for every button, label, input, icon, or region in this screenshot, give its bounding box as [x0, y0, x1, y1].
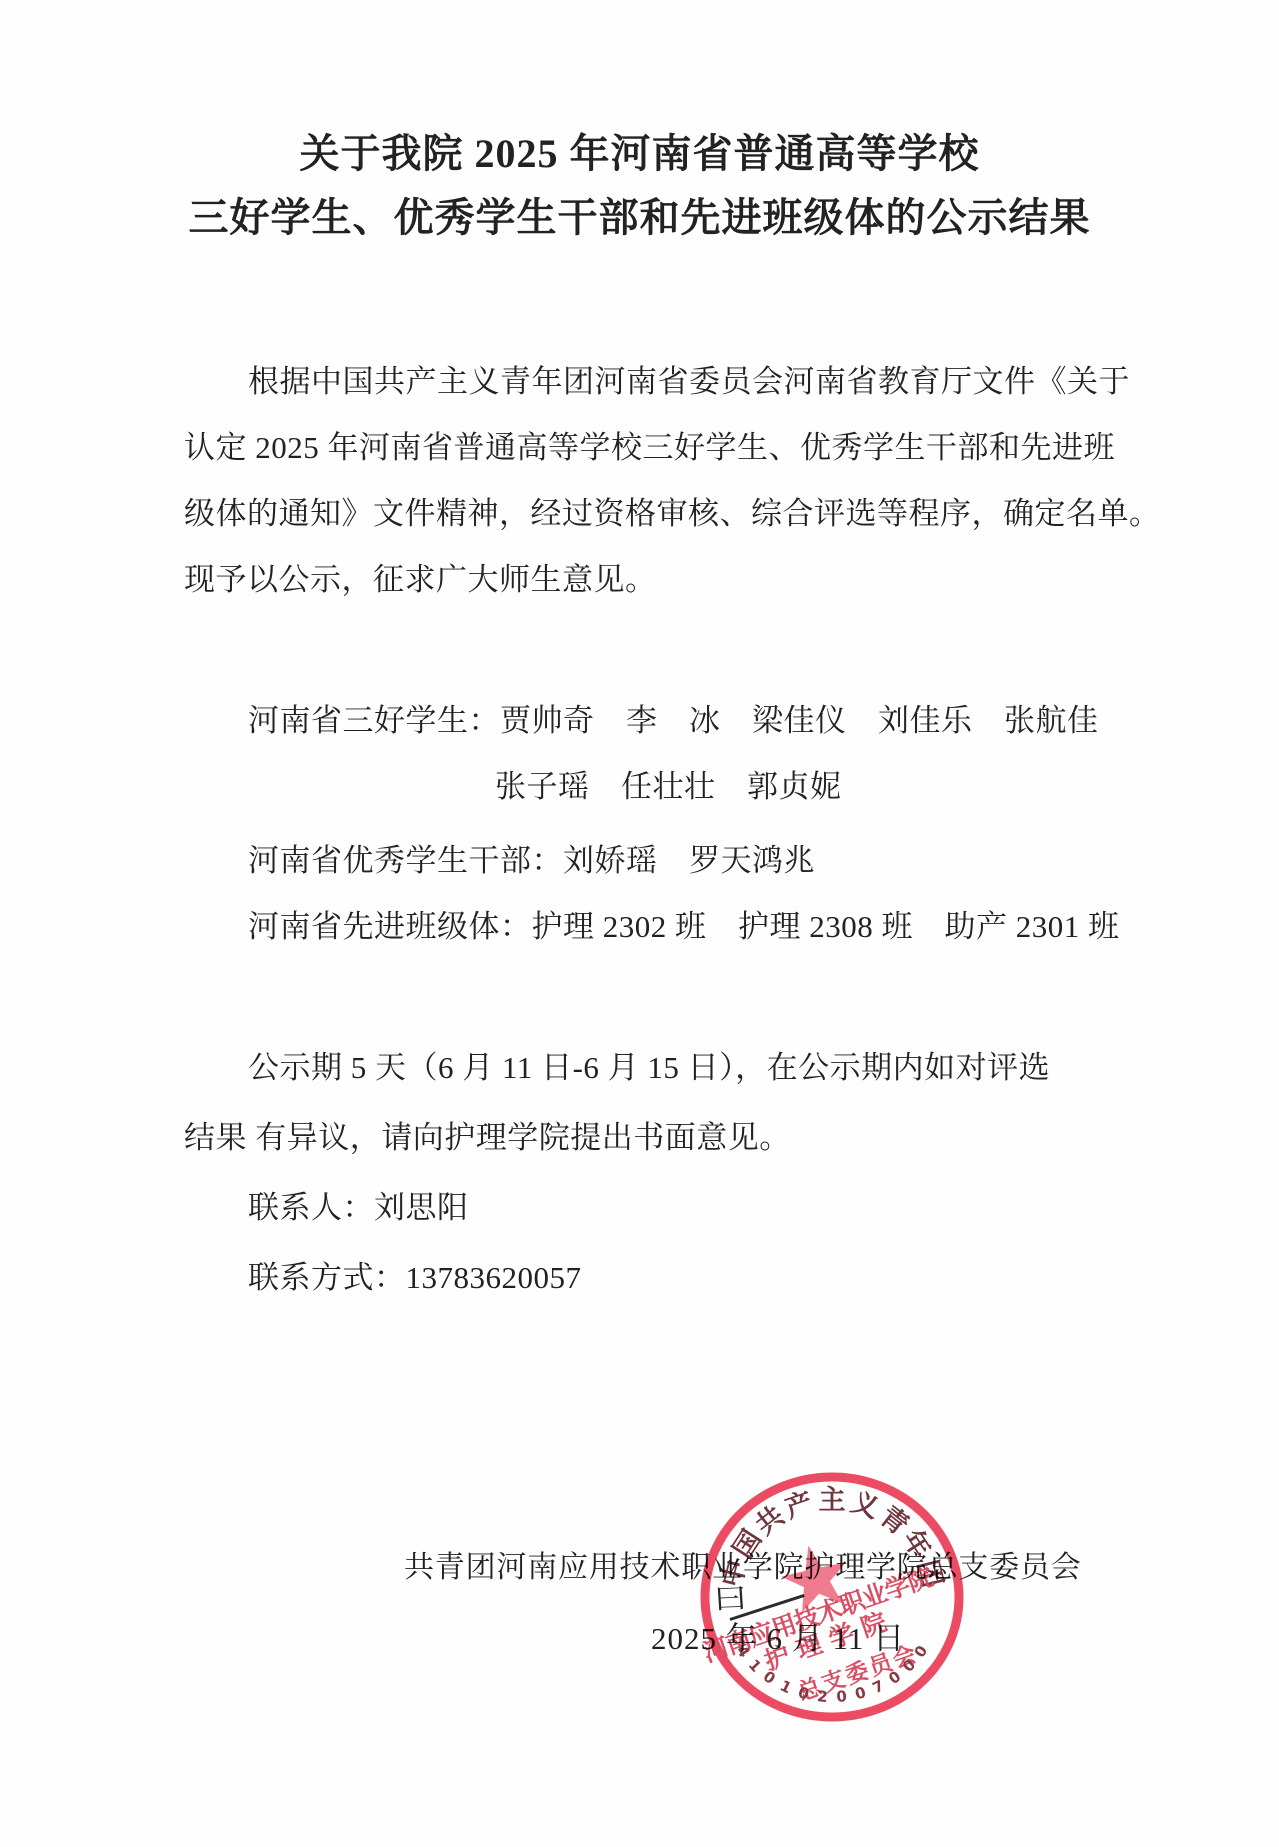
paragraph-line-2: 认定 2025 年河南省普通高等学校三好学生、优秀学生干部和先进班	[184, 415, 1161, 481]
youxiu-cadres-row: 河南省优秀学生干部：刘娇瑶 罗天鸿兆	[184, 828, 1120, 894]
paragraph-line-1: 根据中国共产主义青年团河南省委员会河南省教育厅文件《关于	[184, 349, 1161, 415]
notice-line-2: 结果 有异议，请向护理学院提出书面意见。	[184, 1103, 1050, 1173]
seal-code-digit: 1	[745, 1656, 765, 1676]
seal-arc-char: 主	[819, 1485, 846, 1515]
document-title: 关于我院 2025 年河南省普通高等学校 三好学生、优秀学生干部和先进班级体的公…	[0, 122, 1279, 250]
seal-code-digit: 0	[853, 1683, 868, 1703]
seal-code-digit: 0	[760, 1667, 779, 1688]
sanhao-students-row1: 河南省三好学生：贾帅奇 李 冰 梁佳仪 刘佳乐 张航佳	[184, 688, 1120, 754]
contact-person-line: 联系人：刘思阳	[184, 1173, 1050, 1243]
document-page: 关于我院 2025 年河南省普通高等学校 三好学生、优秀学生干部和先进班级体的公…	[0, 0, 1279, 1847]
paragraph-line-4: 现予以公示，征求广大师生意见。	[184, 547, 1161, 613]
sanhao-students-row2: 张子瑶 任壮壮 郭贞妮	[184, 754, 1120, 820]
intro-paragraph: 根据中国共产主义青年团河南省委员会河南省教育厅文件《关于 认定 2025 年河南…	[184, 349, 1161, 613]
title-line-1: 关于我院 2025 年河南省普通高等学校	[0, 122, 1279, 186]
paragraph-line-3: 级体的通知》文件精神，经过资格审核、综合评选等程序，确定名单。	[184, 481, 1161, 547]
awards-list: 河南省三好学生：贾帅奇 李 冰 梁佳仪 刘佳乐 张航佳 张子瑶 任壮壮 郭贞妮 …	[184, 688, 1120, 960]
seal-arc-char: 产	[781, 1486, 817, 1524]
official-seal-stamp: 中国共产主义青年团 河南应用技术职业学院 护理学院 总支委员会 41010200…	[682, 1447, 982, 1747]
seal-code-digit: 0	[836, 1687, 848, 1706]
seal-code-digit: 7	[870, 1677, 887, 1698]
title-line-2: 三好学生、优秀学生干部和先进班级体的公示结果	[0, 186, 1279, 250]
notice-line-1: 公示期 5 天（6 月 11 日-6 月 15 日），在公示期内如对评选	[184, 1033, 1050, 1103]
advanced-classes-row: 河南省先进班级体：护理 2302 班 护理 2308 班 助产 2301 班	[184, 894, 1120, 960]
seal-code-digit: 1	[777, 1677, 794, 1698]
seal-code-digit: 2	[816, 1687, 828, 1706]
publicity-notice: 公示期 5 天（6 月 11 日-6 月 15 日），在公示期内如对评选 结果 …	[184, 1033, 1050, 1313]
contact-phone-line: 联系方式：13783620057	[184, 1243, 1050, 1313]
seal-graphic: 中国共产主义青年团 河南应用技术职业学院 护理学院 总支委员会 41010200…	[682, 1447, 982, 1747]
seal-arc-char: 中	[716, 1557, 752, 1590]
seal-arc-char: 义	[847, 1487, 882, 1524]
